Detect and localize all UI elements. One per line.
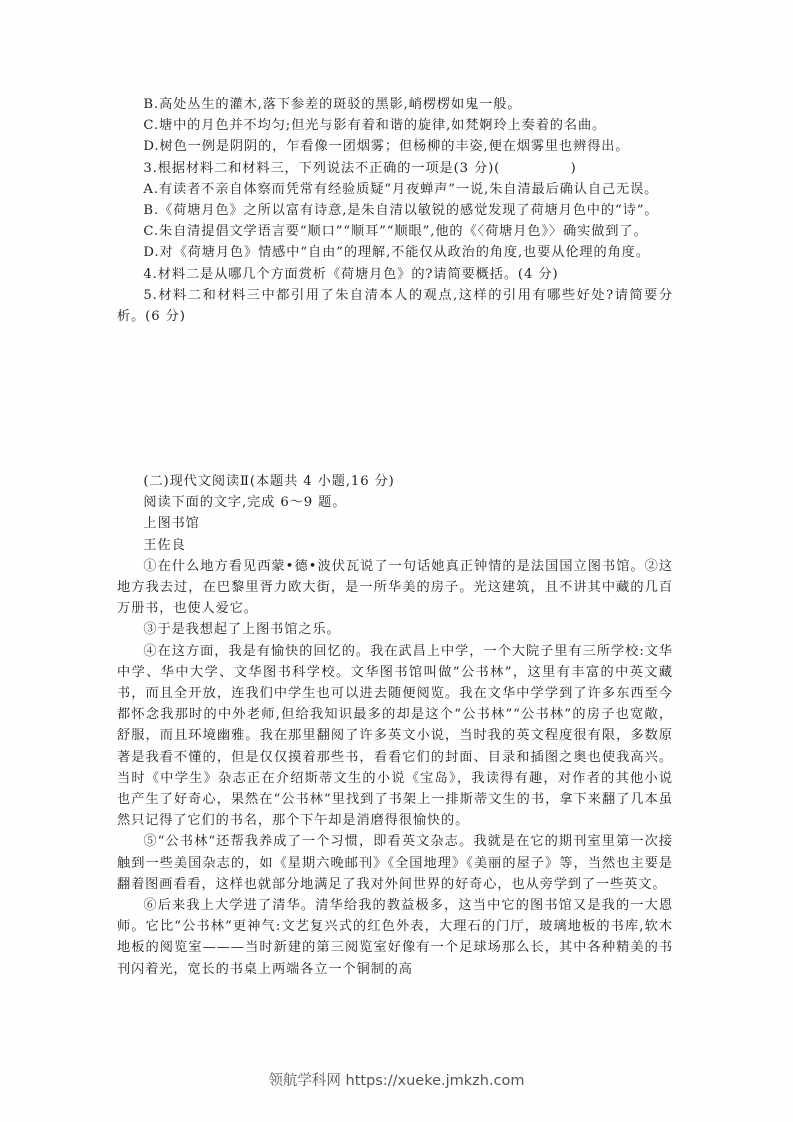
q4-text: 4.材料二是从哪几个方面赏析《荷塘月色》的?请简要概括。(4 分)	[117, 264, 673, 285]
q2-option-c: C.塘中的月色并不均匀;但光与影有着和谐的旋律,如梵婀玲上奏着的名曲。	[117, 115, 673, 136]
footer-watermark: 领航学科网 https://xueke.jmkzh.com	[0, 1069, 793, 1090]
q3-option-c: C.朱自清提倡文学语言要“顺口”“顺耳”“顺眼”,他的《〈荷塘月色》〉确实做到了…	[117, 221, 673, 242]
q5-text: 5.材料二和材料三中都引用了朱自清本人的观点,这样的引用有哪些好处?请简要分析。…	[117, 285, 673, 327]
article-paragraph: ⑥后来我上大学进了清华。清华给我的教益极多，这当中它的图书馆又是我的一大恩师。它…	[117, 895, 673, 980]
section-modern-reading-2: (二)现代文阅读Ⅱ(本题共 4 小题,16 分) 阅读下面的文字,完成 6～9 …	[117, 471, 673, 980]
document-page: B.高处丛生的灌木,落下参差的斑驳的黑影,峭楞楞如鬼一般。 C.塘中的月色并不均…	[0, 0, 793, 1122]
article-paragraph: ①在什么地方看见西蒙•德•波伏瓦说了一句话她真正钟情的是法国国立图书馆。②这地方…	[117, 556, 673, 620]
article-title: 上图书馆	[117, 513, 673, 534]
section-instruction: 阅读下面的文字,完成 6～9 题。	[117, 492, 673, 513]
article-paragraph: ⑤“公书林“还帮我养成了一个习惯，即看英文杂志。我就是在它的期刊室里第一次接触到…	[117, 831, 673, 895]
article-paragraph: ④在这方面，我是有愉快的回忆的。我在武昌上中学，一个大院子里有三所学校:文华中学…	[117, 641, 673, 832]
q2-option-d: D.树色一例是阴阴的，乍看像一团烟雾；但杨柳的丰姿,便在烟雾里也辨得出。	[117, 136, 673, 157]
q3-option-b: B.《荷塘月色》之所以富有诗意,是朱自清以敏锐的感觉发现了荷塘月色中的“诗”。	[117, 200, 673, 221]
q2-option-b: B.高处丛生的灌木,落下参差的斑驳的黑影,峭楞楞如鬼一般。	[117, 94, 673, 115]
article-author: 王佐良	[117, 535, 673, 556]
article-paragraph: ③于是我想起了上图书馆之乐。	[117, 619, 673, 640]
section-heading: (二)现代文阅读Ⅱ(本题共 4 小题,16 分)	[117, 471, 673, 492]
q3-stem: 3.根据材料二和材料三，下列说法不正确的一项是(3 分)( )	[117, 158, 673, 179]
questions-part1: B.高处丛生的灌木,落下参差的斑驳的黑影,峭楞楞如鬼一般。 C.塘中的月色并不均…	[117, 94, 673, 327]
q3-option-a: A.有读者不亲自体察而凭常有经验质疑“月夜蝉声”一说,朱自清最后确认自己无误。	[117, 179, 673, 200]
q3-option-d: D.对《荷塘月色》情感中“自由”的理解,不能仅从政治的角度,也要从伦理的角度。	[117, 242, 673, 263]
